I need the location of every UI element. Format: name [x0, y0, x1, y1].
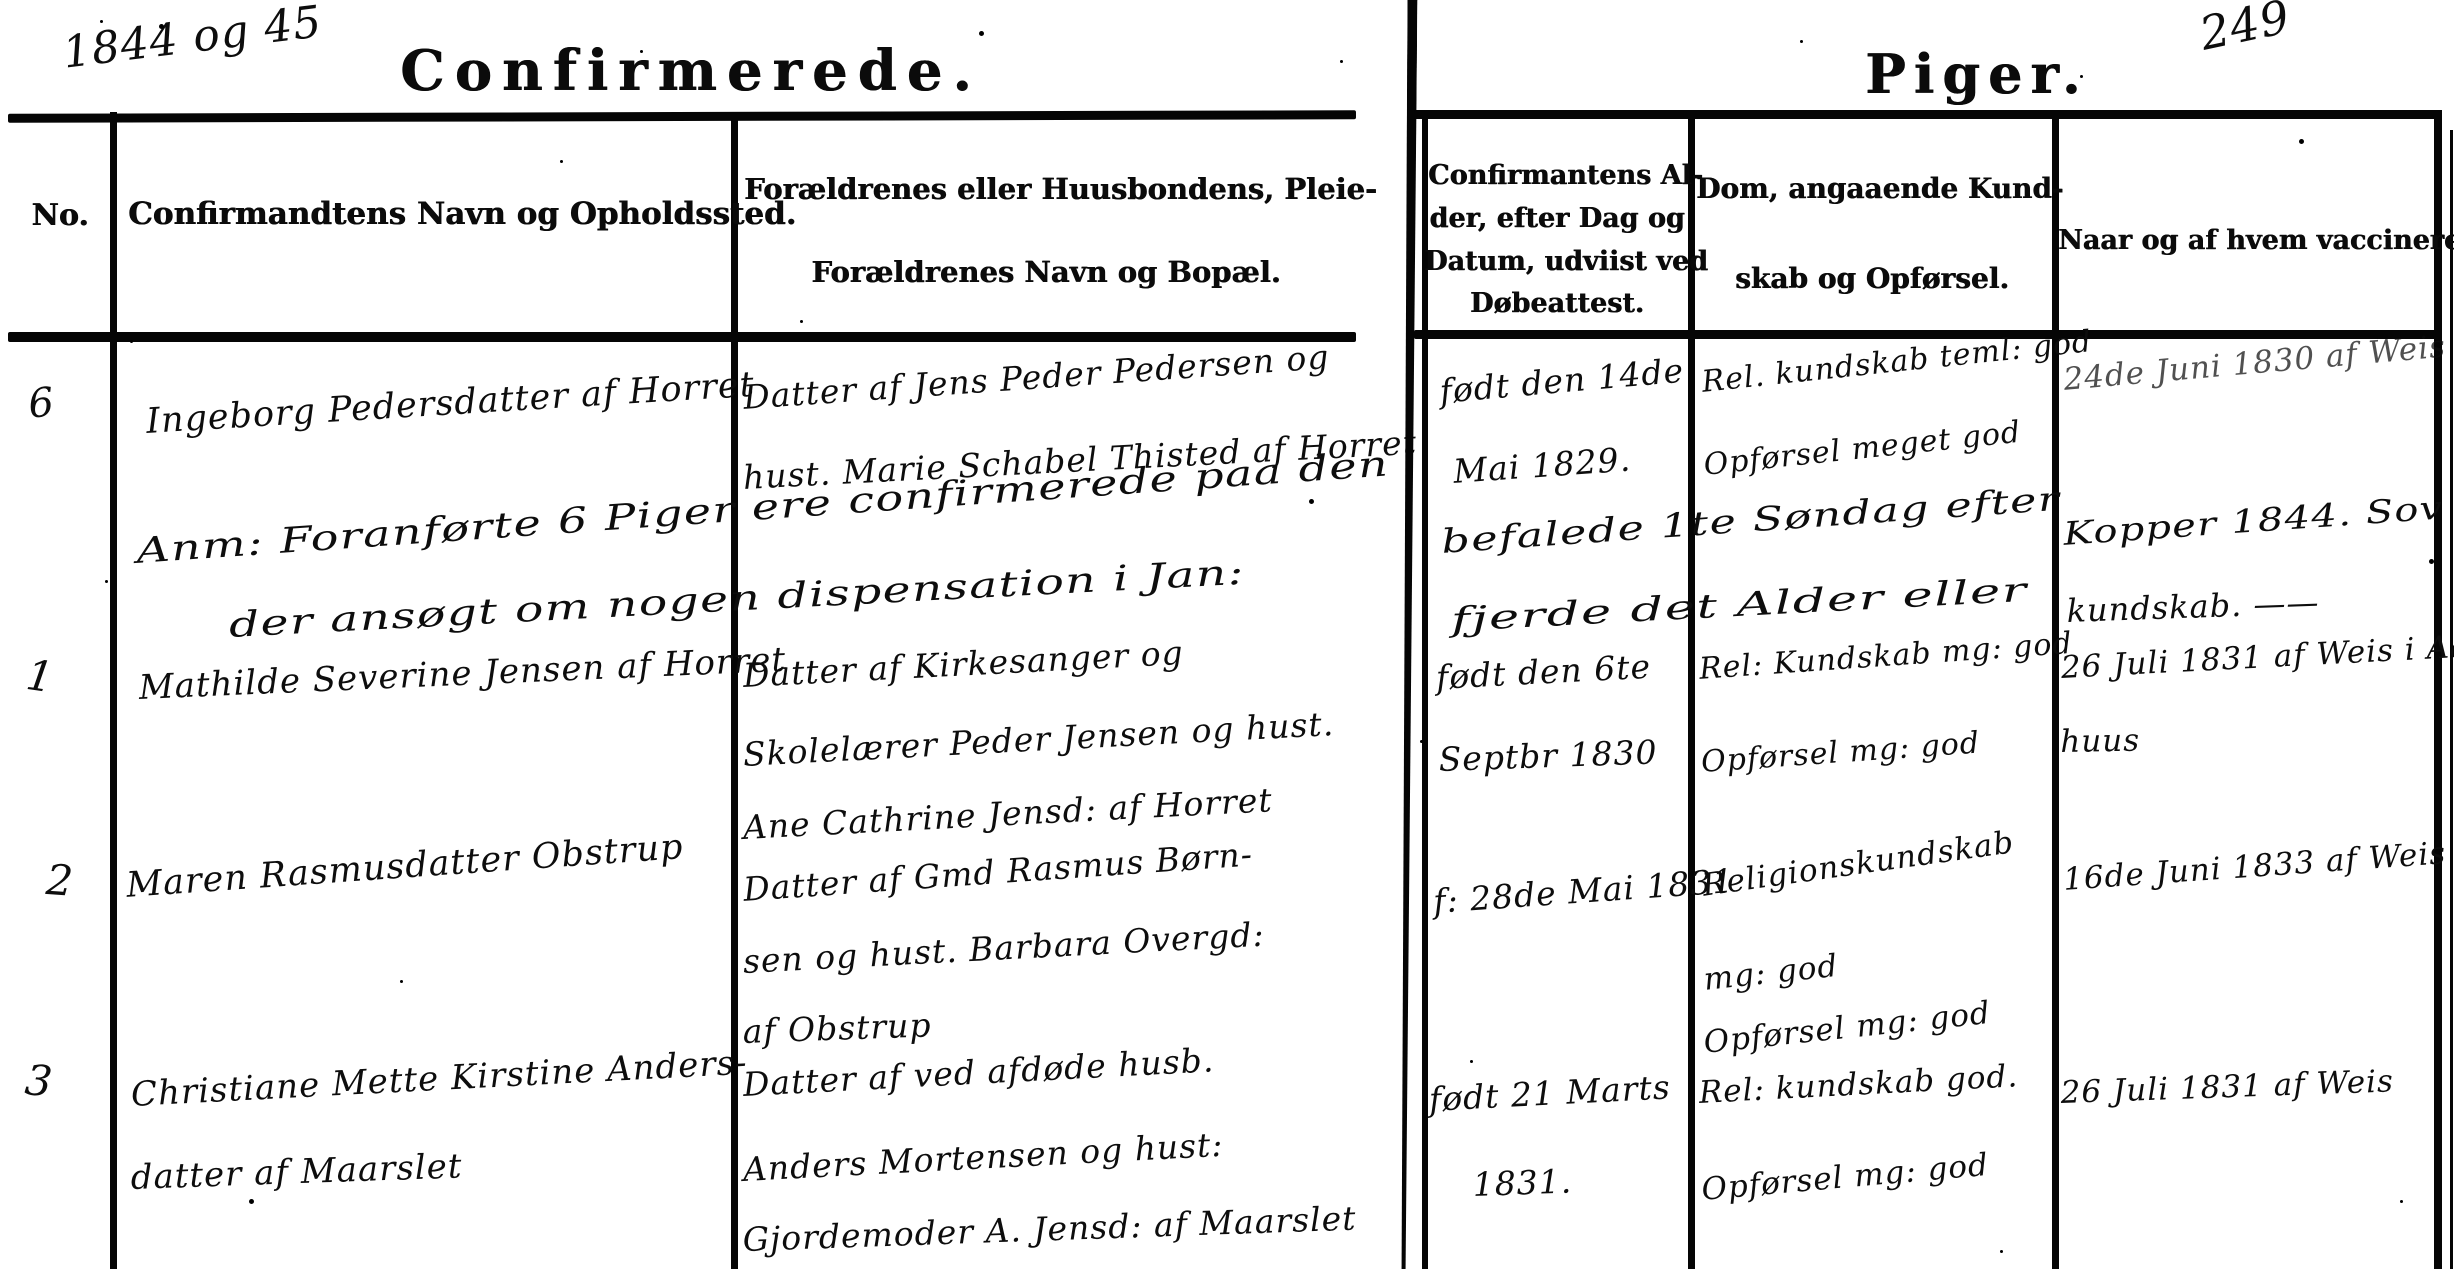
parents-line: af Obstrup — [742, 1005, 932, 1051]
confirmand-name: Christiane Mette Kirstine Anders- — [130, 1043, 748, 1115]
judgment-line: mg: god — [1702, 948, 1840, 998]
right-top-rule — [1414, 110, 2442, 119]
age-line: 1831. — [1472, 1162, 1573, 1204]
year-note: 1844 og 45 — [60, 0, 325, 79]
judgment-line: Opførsel mg: god — [1702, 995, 1992, 1061]
margin-note-line: fjerde det Alder eller — [1450, 570, 2029, 639]
age-line: Mai 1829. — [1452, 440, 1632, 491]
column-header-judgment-line1: Dom, angaaende Kund- — [1696, 172, 2048, 205]
parents-line: Ane Cathrine Jensd: af Horret — [742, 780, 1274, 847]
page-number: 249 — [2195, 0, 2295, 61]
vaccination-line: huus — [2060, 723, 2140, 760]
parents-line: Datter af ved afdøde husb. — [742, 1040, 1215, 1104]
confirmand-name: datter af Maarslet — [130, 1146, 463, 1198]
page-gutter-line — [1399, 0, 1418, 1269]
parents-line: Anders Mortensen og hust: — [742, 1125, 1224, 1189]
column-header-judgment-line2: skab og Opførsel. — [1696, 262, 2048, 295]
judgment-line: Opførsel meget god — [1702, 415, 2023, 483]
judgment-line: Religionskundskab — [1700, 824, 2016, 903]
column-header-parents-line2: Forældrenes Navn og Bopæl. — [744, 255, 1348, 289]
judgment-line: Rel: kundskab god. — [1698, 1058, 2019, 1111]
column-header-age-line3: Datum, udviist ved — [1424, 246, 1686, 277]
vaccination-line: 16de Juni 1833 af Weis — [2062, 835, 2447, 898]
confirmand-name: Ingeborg Pedersdatter af Horret — [145, 365, 756, 442]
parents-line: Datter af Jens Peder Pedersen og — [742, 337, 1331, 417]
entry-number: 1 — [23, 650, 57, 702]
right-edge-line — [2450, 130, 2453, 1269]
judgment-line: Opførsel mg: god — [1700, 726, 1981, 780]
age-line: født den 6te — [1435, 647, 1652, 697]
column-header-age-line4: Døbeattest. — [1428, 288, 1686, 319]
vaccination-line: 26 Juli 1831 af Weis — [2060, 1063, 2394, 1111]
judgment-line: Rel: Kundskab mg: god — [1698, 626, 2074, 687]
right-col-border-0 — [1422, 110, 1428, 1269]
parents-line: Datter af Kirkesanger og — [742, 633, 1185, 695]
parents-line: sen og hust. Barbara Overgd: — [742, 915, 1266, 981]
entry-number: 3 — [23, 1055, 56, 1107]
right-col-border-3 — [2434, 110, 2442, 1269]
age-line: født 21 Marts — [1428, 1067, 1672, 1119]
column-header-parents-line1: Forældrenes eller Huusbondens, Pleie- — [744, 172, 1348, 206]
register-scan: 1844 og 45 Confirmerede. No. Confirmandt… — [0, 0, 2454, 1269]
column-header-age-line2: der, efter Dag og — [1428, 203, 1686, 234]
age-line: Septbr 1830 — [1438, 732, 1658, 779]
column-header-no: No. — [14, 198, 106, 233]
scan-noise — [100, 20, 103, 23]
right-page-title: Piger. — [1865, 42, 2085, 106]
left-col-border-1 — [110, 112, 117, 1269]
left-col-border-2 — [731, 112, 738, 1269]
left-page-title: Confirmerede. — [400, 38, 980, 104]
right-header-bottom-rule — [1414, 330, 2442, 339]
parents-line: Skolelærer Peder Jensen og hust. — [742, 704, 1335, 774]
age-line: født den 14de — [1438, 351, 1685, 411]
margin-note-line: befalede 1te Søndag efter — [1440, 479, 2062, 561]
judgment-line: Opførsel mg: god — [1700, 1147, 1990, 1208]
left-top-rule — [8, 110, 1356, 123]
right-col-border-1 — [1688, 110, 1695, 1269]
vaccination-line: 26 Juli 1831 af Weis i Aar- — [2060, 627, 2454, 686]
column-header-name: Confirmandtens Navn og Opholdssted. — [128, 196, 724, 232]
confirmand-name: Maren Rasmusdatter Obstrup — [125, 827, 685, 906]
right-col-border-2 — [2052, 110, 2059, 1269]
left-header-bottom-rule — [8, 332, 1356, 342]
vaccination-note-line: kundskab. —— — [2066, 583, 2320, 630]
parents-line: Datter af Gmd Rasmus Børn- — [742, 834, 1254, 909]
parents-line: Gjordemoder A. Jensd: af Maarslet — [742, 1199, 1357, 1259]
entry-number: 2 — [45, 855, 76, 906]
column-header-vaccination: Naar og af hvem vaccineret. — [2058, 225, 2432, 256]
confirmand-name: Mathilde Severine Jensen af Horret — [138, 640, 787, 708]
entry-number: 6 — [26, 379, 57, 428]
column-header-age-line1: Confirmantens Al- — [1428, 160, 1686, 191]
vaccination-note-line: Kopper 1844. Sov — [2062, 488, 2445, 552]
